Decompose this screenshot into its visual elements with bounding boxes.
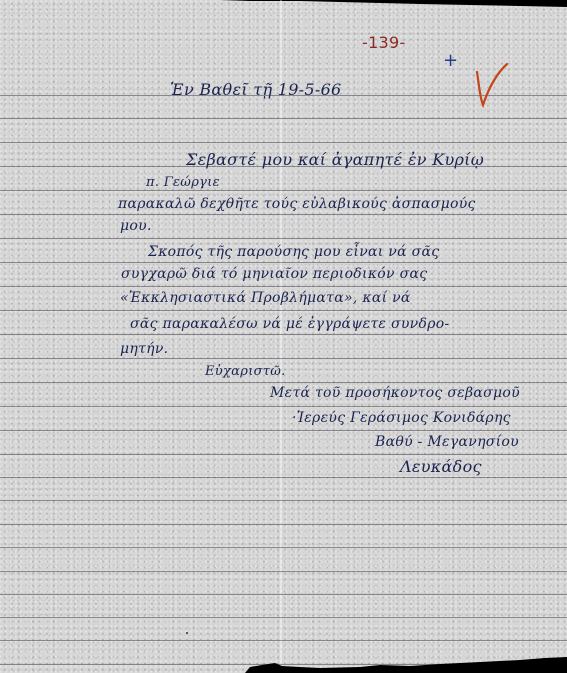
rule-line (0, 286, 567, 287)
rule-line (0, 262, 567, 263)
salutation-line-2: π. Γεώργιε (146, 175, 220, 190)
signature-line-3: Βαθύ - Μεγανησίου (375, 434, 519, 450)
body-line: παρακαλῶ δεχθῆτε τούς εὐλαβικούς ἀσπασμο… (118, 196, 476, 212)
check-mark-icon (474, 60, 510, 110)
rule-line (0, 358, 567, 359)
rule-line (0, 454, 567, 455)
salutation-line-1: Σεβαστέ μου καί ἀγαπητέ ἐν Κυρίῳ (186, 150, 484, 169)
rule-line (0, 382, 567, 383)
closing-thanks: Εὐχαριστῶ. (205, 364, 286, 379)
rule-line (0, 238, 567, 239)
body-line: μητήν. (120, 341, 168, 357)
rule-line (0, 547, 567, 548)
rule-line (0, 310, 567, 311)
body-line: Σκοπός τῆς παρούσης μου εἶναι νά σᾶς (148, 244, 439, 260)
page-number: -139- (362, 33, 406, 52)
rule-line (0, 571, 567, 572)
rule-line (0, 118, 567, 119)
body-line: «Ἐκκλησιαστικά Προβλήματα», καί νά (120, 290, 411, 306)
rule-line (0, 524, 567, 525)
rule-line (0, 406, 567, 407)
body-line: μου. (120, 218, 152, 234)
torn-bottom-edge (0, 657, 567, 673)
rule-line (0, 190, 567, 191)
paper-fold (280, 0, 282, 673)
rule-line (0, 334, 567, 335)
place-date: Ἐν Βαθεῖ τῇ 19-5-66 (170, 80, 342, 99)
rule-line (0, 640, 567, 641)
body-line: σᾶς παρακαλέσω νά μέ ἐγγράψετε συνδρο- (130, 316, 450, 332)
ink-speck (186, 632, 188, 634)
torn-top-edge (0, 0, 567, 12)
cross-mark: + (443, 50, 458, 71)
rule-line (0, 214, 567, 215)
rule-line (0, 500, 567, 501)
rule-line (0, 594, 567, 595)
body-line: συγχαρῶ διά τό μηνιαῖον περιοδικόν σας (121, 266, 427, 282)
signature-line-4: Λευκάδος (400, 457, 482, 476)
signature-line-1: Μετά τοῦ προσήκοντος σεβασμοῦ (270, 385, 520, 401)
rule-line (0, 617, 567, 618)
rule-line (0, 477, 567, 478)
rule-line (0, 142, 567, 143)
signature-line-2: ·Ἱερεύς Γεράσιμος Κονιδάρης (292, 410, 511, 426)
letter-page: -139- + Ἐν Βαθεῖ τῇ 19-5-66 Σεβαστέ μου … (0, 0, 567, 673)
rule-line (0, 430, 567, 431)
